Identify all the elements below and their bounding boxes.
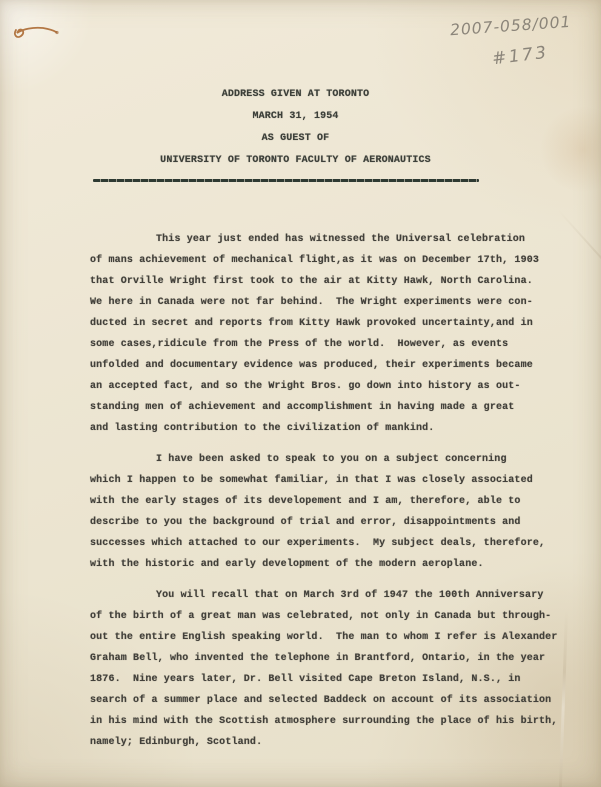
text-line: some cases,ridicule from the Press of th… — [90, 334, 565, 355]
title-block: ADDRESS GIVEN AT TORONTO MARCH 31, 1954 … — [0, 84, 591, 172]
text-line: out the entire English speaking world. T… — [90, 627, 565, 648]
text-line: standing men of achievement and accompli… — [90, 397, 565, 418]
text-line: search of a summer place and selected Ba… — [90, 690, 565, 711]
title-line-address: ADDRESS GIVEN AT TORONTO — [0, 84, 591, 106]
title-line-institution: UNIVERSITY OF TORONTO FACULTY OF AERONAU… — [0, 150, 591, 172]
text-line: of the birth of a great man was celebrat… — [90, 606, 565, 627]
divider-rule — [93, 179, 479, 182]
document-body: This year just ended has witnessed the U… — [90, 229, 565, 763]
text-line: successes which attached to our experime… — [90, 533, 565, 554]
text-line: that Orville Wright first took to the ai… — [90, 271, 565, 292]
title-line-date: MARCH 31, 1954 — [0, 106, 591, 128]
paragraph-3: You will recall that on March 3rd of 194… — [90, 585, 565, 753]
text-line: an accepted fact, and so the Wright Bros… — [90, 376, 565, 397]
text-line: I have been asked to speak to you on a s… — [90, 449, 565, 470]
document-page: 2007-058/001 #173 ADDRESS GIVEN AT TORON… — [0, 0, 601, 787]
text-line: unfolded and documentary evidence was pr… — [90, 355, 565, 376]
title-line-guest: AS GUEST OF — [0, 128, 591, 150]
text-line: This year just ended has witnessed the U… — [90, 229, 565, 250]
paperclip-rust-mark — [8, 12, 78, 52]
text-line: ducted in secret and reports from Kitty … — [90, 313, 565, 334]
paragraph-1: This year just ended has witnessed the U… — [90, 229, 565, 439]
text-line: with the historic and early development … — [90, 554, 565, 575]
text-line: You will recall that on March 3rd of 194… — [90, 585, 565, 606]
text-line: Graham Bell, who invented the telephone … — [90, 648, 565, 669]
paragraph-2: I have been asked to speak to you on a s… — [90, 449, 565, 575]
text-line: which I happen to be somewhat familiar, … — [90, 470, 565, 491]
text-line: in his mind with the Scottish atmosphere… — [90, 711, 565, 732]
text-line: and lasting contribution to the civiliza… — [90, 418, 565, 439]
text-line: 1876. Nine years later, Dr. Bell visited… — [90, 669, 565, 690]
text-line: with the early stages of its developemen… — [90, 491, 565, 512]
text-line: namely; Edinburgh, Scotland. — [90, 732, 565, 753]
archive-accession-annotation: 2007-058/001 — [450, 13, 572, 39]
text-line: describe to you the background of trial … — [90, 512, 565, 533]
text-line: We here in Canada were not far behind. T… — [90, 292, 565, 313]
text-line: of mans achievement of mechanical flight… — [90, 250, 565, 271]
archive-item-number-annotation: #173 — [491, 43, 550, 70]
